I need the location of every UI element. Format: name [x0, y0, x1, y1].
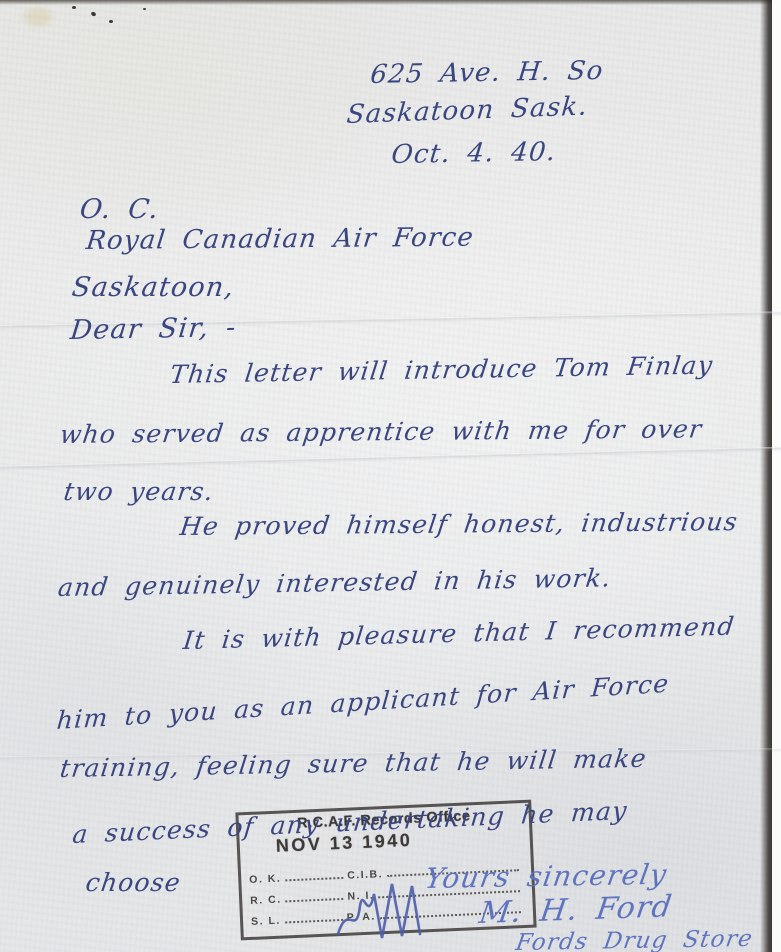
stamp-label: R. C.	[250, 894, 282, 907]
body-line: He proved himself honest, industrious	[178, 507, 740, 541]
ink-speck	[72, 6, 76, 9]
scan-right-edge-shadow	[760, 0, 772, 952]
letter-date: Oct. 4. 40.	[390, 137, 558, 170]
ink-speck	[143, 8, 146, 10]
signature: M. H. Ford	[477, 889, 675, 931]
handwritten-initials-scribble	[330, 872, 440, 950]
scan-background-strip	[772, 0, 781, 952]
letter-scan: 625 Ave. H. So Saskatoon Sask. Oct. 4. 4…	[0, 0, 781, 952]
body-line: two years.	[62, 477, 216, 506]
closing: Yours sincerely	[423, 858, 670, 895]
signature-subtext: Fords Drug Store	[514, 926, 755, 952]
recipient-line: Saskatoon,	[70, 272, 236, 303]
scan-top-edge-shadow	[0, 0, 772, 5]
stamp-label: O. K.	[249, 873, 282, 886]
body-line: who served as apprentice with me for ove…	[58, 414, 704, 449]
sender-address: 625 Ave. H. So	[369, 56, 605, 90]
paper-stain	[24, 8, 52, 26]
salutation: Dear Sir, -	[69, 312, 238, 346]
ink-speck	[109, 20, 113, 23]
recipient-line: O. C.	[78, 194, 161, 225]
stamp-label: S. L.	[251, 915, 281, 928]
body-line: choose	[84, 868, 183, 897]
recipient-line: Royal Canadian Air Force	[85, 223, 476, 256]
